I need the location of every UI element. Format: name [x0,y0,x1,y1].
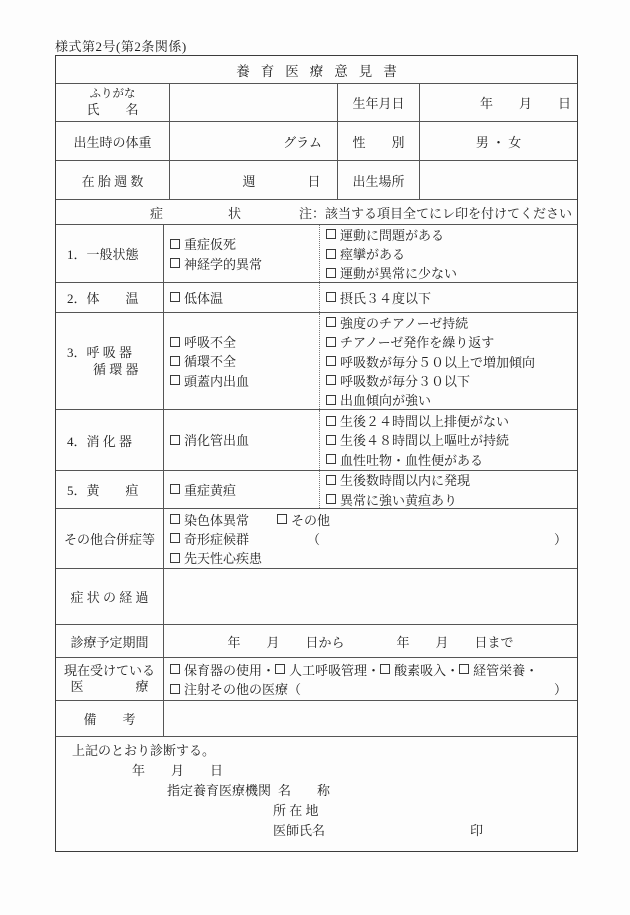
gestation-units: 週 日 [242,171,320,190]
address-label: 所 在 地 [273,801,319,821]
symptom-row-general: 1．一般状態 重症仮死 神経学的異常 運動に問題がある 痙攣がある 運動が異常に… [56,224,577,282]
checkbox-item: 血性吐物・血性便がある [326,450,577,469]
name-birthdate-row: ふりがな 氏 名 生年月日 年 月 日 [56,83,577,121]
complications-label: その他合併症等 [64,529,155,548]
temperature-c2: 摂氏３４度以下 [320,283,577,312]
period-label-cell: 診療予定期間 [56,625,164,657]
checkbox[interactable] [170,356,180,366]
birth-place-label-cell: 出生場所 [338,161,420,199]
period-row: 診療予定期間 年 月 日から 年 月 日まで [56,624,577,657]
complications-row: その他合併症等 染色体異常 その他 奇形症候群 （ ） 先天性心疾患 [56,508,577,568]
checkbox[interactable] [277,514,287,524]
checkbox[interactable] [275,664,285,674]
sex-options: 男 ・ 女 [476,132,522,151]
separator: ・ [525,660,538,679]
gestation-birthplace-row: 在 胎 週 数 週 日 出生場所 [56,160,577,199]
name-label-cell: ふりがな 氏 名 [56,84,170,121]
general-c2: 運動に問題がある 痙攣がある 運動が異常に少ない [320,225,577,282]
checkbox-item: 低体温 [170,288,223,307]
separator: ・ [367,660,380,679]
checkbox[interactable] [170,533,180,543]
birth-date-input-area[interactable]: 年 月 日 [420,84,577,121]
sex-label-cell: 性 別 [338,122,420,160]
checkbox-item: 重症仮死 [170,234,319,253]
paren-close: ） [554,679,577,698]
checkbox[interactable] [170,484,180,494]
diagnosis-statement: 上記のとおり診断する。 [72,741,215,761]
weight-sex-row: 出生時の体重 グラム 性 別 男 ・ 女 [56,121,577,160]
checkbox-item: 経管栄養 [459,660,525,679]
checkbox-item: 異常に強い黄疸あり [326,490,577,509]
symptom-row-respiratory: 3．呼 吸 器 循 環 器 呼吸不全 循環不全 頭蓋内出血 強度のチアノーゼ持続… [56,312,577,409]
birth-date-units: 年 月 日 [480,93,571,112]
checkbox-item: 運動に問題がある [326,224,577,243]
checkbox[interactable] [326,494,336,504]
checkbox-item: 保育器の使用 [170,660,262,679]
checkbox[interactable] [326,416,336,426]
opinion-form-table: 養育医療意見書 ふりがな 氏 名 生年月日 年 月 日 出生時の体重 グラム 性… [55,55,578,852]
period-input-area[interactable]: 年 月 日から 年 月 日まで [164,625,577,657]
remarks-label-cell: 備 考 [56,701,164,736]
symptoms-note: 注：該当する項目全てにレ印を付けてください [299,203,577,222]
respiratory-c2: 強度のチアノーゼ持続 チアノーゼ発作を繰り返す 呼吸数が毎分５０以上で増加傾向 … [320,313,577,409]
checkbox-item: 消化管出血 [170,430,249,449]
paren-close: ） [554,529,577,548]
checkbox[interactable] [380,664,390,674]
temperature-c1: 低体温 [164,283,320,312]
remarks-input-area[interactable] [164,701,577,736]
checkbox[interactable] [326,356,336,366]
separator: ・ [262,660,275,679]
checkbox-item: 注射その他の医療 [170,679,288,698]
symptom-row-jaundice: 5．黄 疸 重症黄疸 生後数時間以内に発現 異常に強い黄疸あり [56,470,577,508]
checkbox-item: 呼吸数が毎分５０以上で増加傾向 [326,351,577,370]
institution-label: 指定養育医療機関 [167,781,271,801]
checkbox-item: 頭蓋内出血 [170,371,319,390]
birth-date-label: 生年月日 [352,93,404,112]
current-care-content: 保育器の使用 ・ 人工呼吸管理 ・ 酸素吸入 ・ 経管栄養 ・ 注射その他の医療… [164,658,577,700]
title-row: 養育医療意見書 [56,56,577,83]
digestive-label: 4．消 化 器 [67,431,132,450]
checkbox-item: 重症黄疸 [170,480,236,499]
checkbox[interactable] [170,664,180,674]
course-input-area[interactable] [164,569,577,624]
checkbox[interactable] [170,684,180,694]
checkbox-item: 奇形症候群 [170,529,277,548]
symptom-row-temperature: 2．体 温 低体温 摂氏３４度以下 [56,282,577,312]
checkbox-item: 強度のチアノーゼ持続 [326,313,577,332]
checkbox[interactable] [326,249,336,259]
checkbox-item: 痙攣がある [326,244,577,263]
checkbox[interactable] [170,435,180,445]
birth-place-input-area[interactable] [420,161,577,199]
complications-content: 染色体異常 その他 奇形症候群 （ ） 先天性心疾患 [164,509,577,568]
checkbox[interactable] [326,454,336,464]
diagnosis-date-area[interactable]: 年 月 日 [56,761,577,781]
remarks-row: 備 考 [56,700,577,736]
general-label-cell: 1．一般状態 [56,225,164,282]
period-label: 診療予定期間 [70,632,148,651]
seal-mark: 印 [470,821,483,841]
current-care-row: 現在受けている 医 療 保育器の使用 ・ 人工呼吸管理 ・ 酸素吸入 ・ 経管栄… [56,657,577,700]
temperature-label: 2．体 温 [67,288,139,307]
course-label: 症 状 の 経 過 [70,587,148,606]
checkbox-item: 生後２４時間以上排便がない [326,411,577,430]
temperature-label-cell: 2．体 温 [56,283,164,312]
jaundice-c2: 生後数時間以内に発現 異常に強い黄疸あり [320,471,577,508]
checkbox-item: 酸素吸入 [380,660,446,679]
checkbox-item: 摂氏３４度以下 [326,288,431,307]
checkbox-item: 生後４８時間以上嘔吐が持続 [326,430,577,449]
paren-open: （ [307,529,320,548]
diagnosis-date-units: 年 月 日 [132,761,223,781]
checkbox-item: 神経学的異常 [170,254,319,273]
symptoms-header-row: 症 状 注：該当する項目全てにレ印を付けてください [56,199,577,224]
furigana-label: ふりがな [90,87,136,102]
general-label: 1．一般状態 [67,244,139,263]
checkbox[interactable] [170,375,180,385]
checkbox[interactable] [326,375,336,385]
weight-label-cell: 出生時の体重 [56,122,170,160]
gestation-label: 在 胎 週 数 [82,171,144,190]
checkbox[interactable] [326,395,336,405]
doctor-name-label: 医師氏名 [273,821,325,841]
current-care-label-line1: 現在受けている [64,663,155,679]
form-number: 様式第2号(第2条関係) [55,36,187,55]
weight-input-area[interactable]: グラム [170,122,338,160]
jaundice-label: 5．黄 疸 [67,480,139,499]
form-title: 養育医療意見書 [225,60,408,80]
respiratory-label-line2: 循 環 器 [67,361,139,378]
digestive-c1: 消化管出血 [164,410,320,470]
signature-section: 上記のとおり診断する。 年 月 日 指定養育医療機関 名 称 所 在 地 医師氏… [56,736,577,851]
general-c1: 重症仮死 神経学的異常 [164,225,320,282]
separator: ・ [446,660,459,679]
name-input-area[interactable] [170,84,338,121]
respiratory-label-line1: 3．呼 吸 器 [67,345,132,360]
checkbox[interactable] [459,664,469,674]
course-label-cell: 症 状 の 経 過 [56,569,164,624]
sex-label: 性 別 [352,132,404,151]
checkbox[interactable] [326,317,336,327]
checkbox-item: 呼吸不全 [170,332,319,351]
period-units: 年 月 日から 年 月 日まで [227,632,513,651]
sex-choice[interactable]: 男 ・ 女 [420,122,577,160]
birth-date-label-cell: 生年月日 [338,84,420,121]
paren-open: （ [288,679,301,698]
checkbox-item: 先天性心疾患 [170,548,262,567]
weight-label: 出生時の体重 [73,132,151,151]
digestive-c2: 生後２４時間以上排便がない 生後４８時間以上嘔吐が持続 血性吐物・血性便がある [320,410,577,470]
jaundice-label-cell: 5．黄 疸 [56,471,164,508]
birth-place-label: 出生場所 [352,171,404,190]
name-label: 氏 名 [86,102,138,118]
complications-label-cell: その他合併症等 [56,509,164,568]
checkbox[interactable] [326,337,336,347]
jaundice-c1: 重症黄疸 [164,471,320,508]
course-row: 症 状 の 経 過 [56,568,577,624]
checkbox[interactable] [326,229,336,239]
current-care-label-cell: 現在受けている 医 療 [56,658,164,700]
gestation-label-cell: 在 胎 週 数 [56,161,170,199]
checkbox[interactable] [170,258,180,268]
checkbox-item: チアノーゼ発作を繰り返す [326,332,577,351]
checkbox-item: 呼吸数が毎分３０以下 [326,371,577,390]
checkbox[interactable] [170,292,180,302]
checkbox[interactable] [326,475,336,485]
checkbox[interactable] [170,337,180,347]
respiratory-c1: 呼吸不全 循環不全 頭蓋内出血 [164,313,320,409]
checkbox-item: 生後数時間以内に発現 [326,470,577,489]
checkbox[interactable] [170,514,180,524]
checkbox-item: 循環不全 [170,351,319,370]
checkbox[interactable] [326,292,336,302]
weight-unit: グラム [283,132,322,151]
digestive-label-cell: 4．消 化 器 [56,410,164,470]
gestation-input-area[interactable]: 週 日 [170,161,338,199]
current-care-label-line2: 医 療 [70,679,148,695]
checkbox-item: 染色体異常 [170,509,277,528]
checkbox-item: 出血傾向が強い [326,390,577,409]
remarks-label: 備 考 [83,709,135,728]
institution-name-label: 名 称 [278,781,330,801]
checkbox-item: その他 [277,509,330,528]
respiratory-label-cell: 3．呼 吸 器 循 環 器 [56,313,164,409]
checkbox-item: 運動が異常に少ない [326,263,577,282]
checkbox-item: 人工呼吸管理 [275,660,367,679]
checkbox[interactable] [170,553,180,563]
checkbox[interactable] [326,268,336,278]
symptoms-header: 症 状 [150,203,241,222]
symptom-row-digestive: 4．消 化 器 消化管出血 生後２４時間以上排便がない 生後４８時間以上嘔吐が持… [56,409,577,470]
checkbox[interactable] [170,239,180,249]
checkbox[interactable] [326,435,336,445]
